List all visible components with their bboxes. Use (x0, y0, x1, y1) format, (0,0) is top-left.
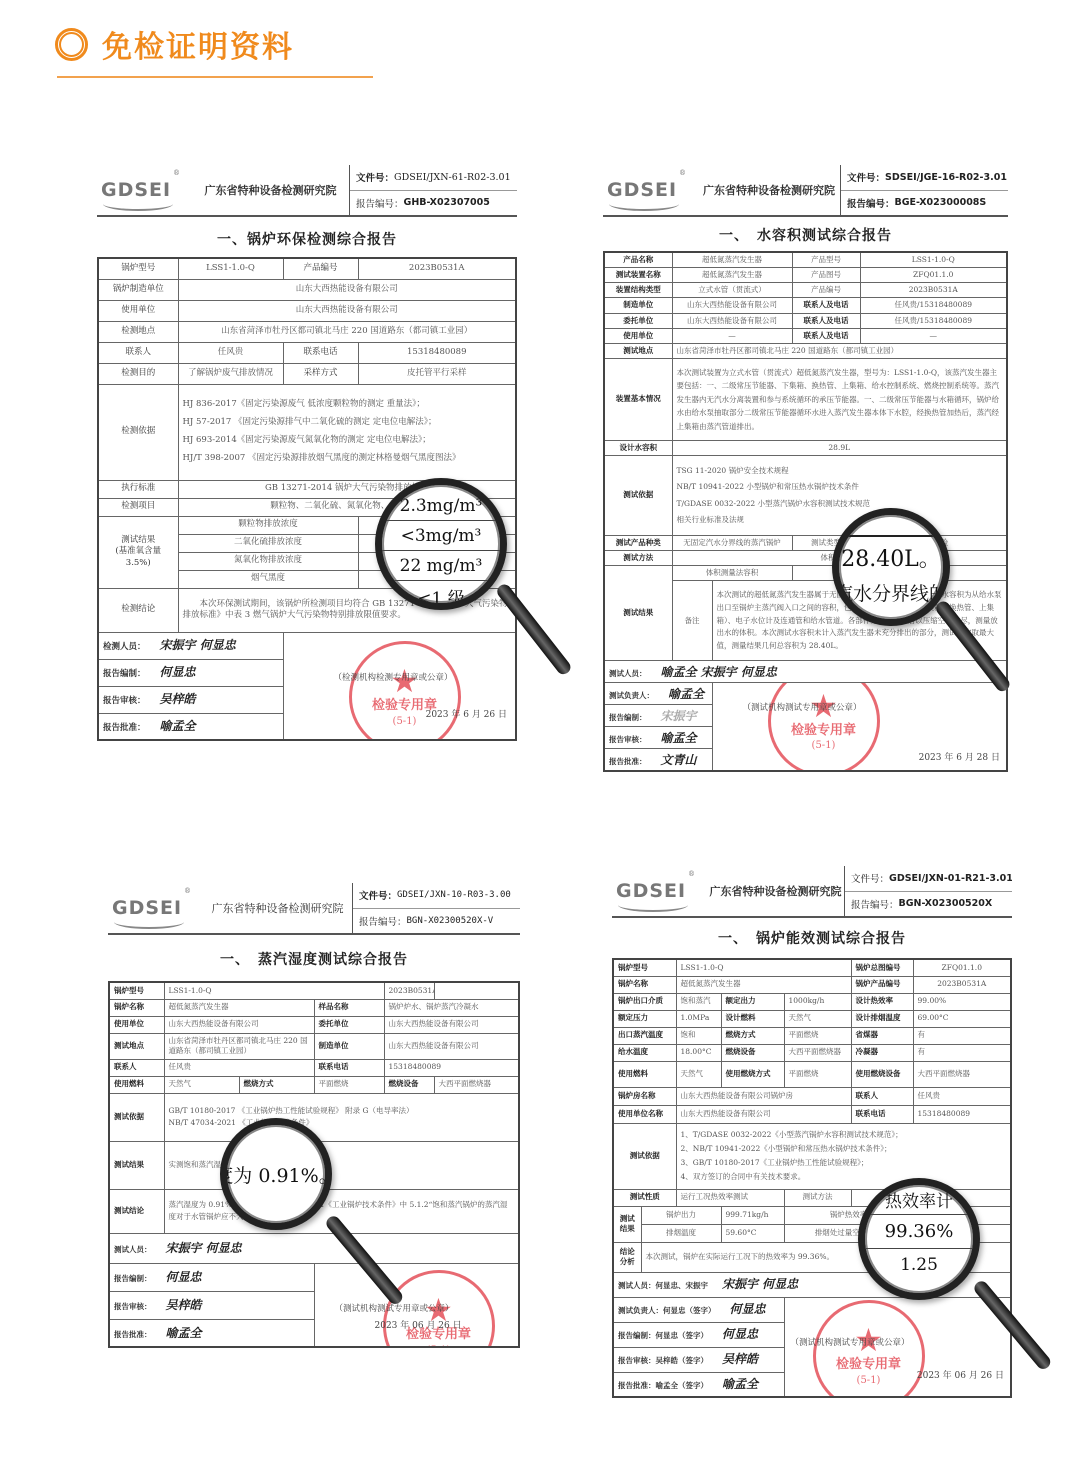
table-cell: 天然气 (784, 1010, 851, 1027)
stamp-area: ★检验专用章(5-1) （测试机构测试专用章或公章） 2023 年 6 月 28… (712, 683, 1007, 771)
table-cell: 报告审核：吴梓皓（签字）吴梓皓 (613, 1347, 784, 1372)
table-cell: 2023B0531A (860, 283, 1007, 298)
table-cell: 报告批准：喻孟全 (98, 713, 283, 740)
table-cell: LSS1-1.0-Q (860, 252, 1007, 268)
table-cell: 测试人员：宋振宇 何显忠 (109, 1233, 519, 1263)
report-title: 一、 蒸汽湿度测试综合报告 (108, 949, 520, 969)
table-row: 测试人员：宋振宇 何显忠 (109, 1233, 519, 1263)
table-cell: 装置结构类型 (604, 283, 672, 298)
table-row: 锅炉名称超低氮蒸汽发生器样品名称锅炉炉水、锅炉蒸汽冷凝水 (109, 999, 519, 1016)
table-cell: 山东大西热能设备有限公司 (672, 298, 792, 313)
table-cell: 天然气 (676, 1061, 721, 1087)
table-cell: 天然气 (164, 1076, 239, 1093)
table-cell: 1000kg/h (784, 993, 851, 1010)
table-row: 检测人员：宋振宇 何显忠 ★检验专用章(5-1) （检测机构检测专用章或公章） … (98, 632, 516, 659)
table-cell: 2023B0531A (384, 982, 434, 999)
table-cell: 1.0MPa (676, 1010, 721, 1027)
table-cell: 测试负责人：何显忠（签字）何显忠 (613, 1297, 784, 1322)
report-date: 2023 年 6 月 26 日 (426, 709, 507, 721)
table-cell: ZFQ01.1.0 (860, 268, 1007, 283)
table-cell: 锅炉炉水、锅炉蒸汽冷凝水 (384, 999, 519, 1016)
table-cell: 测试地点 (109, 1033, 164, 1059)
table-cell: 委托单位 (604, 313, 672, 328)
table-cell: 大西平面燃烧器 (913, 1061, 1011, 1087)
table-cell: 检测依据 (98, 384, 178, 480)
document-numbers: 文件号：GDSEI/JXN-10-R03-3.00 报告编号：BGN-X0230… (352, 883, 520, 933)
table-cell: 无固定汽水分界线的蒸汽锅炉 (672, 536, 792, 551)
header-underline (57, 76, 373, 78)
cell-text: HJ 693-2014《固定污染源废气氮氧化物的测定 定电位电解法》； (183, 432, 512, 450)
report-date: 2023 年 6 月 28 日 (919, 752, 1000, 764)
table-cell: 锅炉型号 (98, 258, 178, 279)
report-title: 一、锅炉环保检测综合报告 (97, 229, 517, 249)
report-date: 2023 年 06 月 26 日 (375, 1320, 462, 1332)
table-cell: 平面燃烧 (784, 1027, 851, 1044)
table-cell: 额定出力 (721, 993, 784, 1010)
stamp-area: ★检验专用章(5-1) （检测机构检测专用章或公章） 2023 年 6 月 26… (283, 632, 516, 740)
gdsei-logo: GDSEI ® (612, 866, 707, 916)
table-cell: 设计水容积 (604, 440, 672, 455)
file-number: GDSEI/JXN-61-R02-3.01 (394, 172, 511, 183)
table-cell: 山东省菏泽市牡丹区都司镇北马庄 220 国道路东（都司镇工业园） (178, 321, 516, 342)
table-cell: 联系人 (851, 1087, 913, 1105)
table-cell: 山东大西热能设备有限公司锅炉房 (676, 1087, 851, 1105)
signature: 何显忠 (722, 1327, 758, 1341)
report-water-volume: GDSEI ® 广东省特种设备检测研究院 文件号：SDSEI/JGE-16-R0… (603, 165, 1008, 765)
table-row: 检测依据 HJ 836-2017《固定污染源废气 低浓度颗粒物的测定 重量法》；… (98, 384, 516, 480)
cell-text: （测试机构测试专用章或公章） (335, 1304, 454, 1315)
file-number: SDSEI/JGE-16-R02-3.01 (885, 172, 1007, 183)
report-table: 锅炉型号LSS1-1.0-Q锅炉总图编号ZFQ01.1.0 锅炉名称超低氮蒸汽发… (612, 958, 1012, 1398)
cell-text: 测试负责人： (609, 691, 654, 700)
table-cell: 样品名称 (314, 999, 384, 1016)
table-row: 制造单位山东大西热能设备有限公司联系人及电话任风贵/15318480089 (604, 298, 1007, 313)
table-row: 测试依据 1、T/GDASE 0032-2022《小型蒸汽锅炉水容积测试技术规范… (613, 1123, 1011, 1189)
table-cell: 山东大西热能设备有限公司 (672, 313, 792, 328)
table-cell: 给水温度 (613, 1044, 676, 1061)
table-cell: 测试结果 (613, 1206, 641, 1242)
cell-text: HJ/T 398-2007 《固定污染源排放烟气黑度的测定林格曼烟气黑度图法》 (183, 450, 512, 468)
table-cell: 报告审核：吴梓皓 (98, 686, 283, 713)
table-cell: 使用单位 (604, 328, 672, 343)
institute-name: 广东省特种设备检测研究院 (698, 165, 840, 215)
table-cell: 测试地点 (604, 343, 672, 358)
table-cell: 联系电话 (283, 342, 358, 363)
table-cell: 大西平面燃烧器 (434, 1076, 519, 1093)
table-row: 委托单位山东大西热能设备有限公司联系人及电话任风贵/15318480089 (604, 313, 1007, 328)
report-steam-humidity: GDSEI ® 广东省特种设备检测研究院 文件号：GDSEI/JXN-10-R0… (108, 883, 520, 1363)
table-cell: 本次测试装置为立式水管（贯流式）超低氮蒸汽发生器，型号为：LSS1-1.0-Q，… (672, 358, 1007, 440)
table-cell: 报告编制：宋振宇 (604, 705, 712, 727)
table-row: 锅炉房名称山东大西热能设备有限公司锅炉房联系人任风贵 (613, 1087, 1011, 1105)
table-cell: 山东大西热能设备有限公司 (178, 279, 516, 300)
table-cell: 结论分析 (613, 1242, 641, 1272)
table-row: 锅炉型号LSS1-1.0-Q2023B0531A (109, 982, 519, 999)
table-cell: 28.9L (672, 440, 1007, 455)
table-cell: 测试依据 (109, 1093, 164, 1141)
report-energy-efficiency: GDSEI ® 广东省特种设备检测研究院 文件号：GDSEI/JXN-01-R2… (612, 866, 1012, 1421)
table-cell: 使用单位 (109, 1016, 164, 1033)
table-row: 额定压力1.0MPa设计燃料天然气设计排烟温度69.00°C (613, 1010, 1011, 1027)
table-cell: 产品图号 (792, 268, 860, 283)
table-cell: 锅炉名称 (613, 976, 676, 993)
table-cell: ZFQ01.1.0 (913, 959, 1011, 976)
table-cell: 冷凝器 (851, 1044, 913, 1061)
document-numbers: 文件号：GDSEI/JXN-61-R02-3.01 报告编号：GHB-X0230… (349, 165, 517, 215)
table-cell: 超低氮蒸汽发生器 (672, 268, 792, 283)
table-row: 测试负责人：何显忠（签字）何显忠 ★检验专用章(5-1) （测试机构测试专用章或… (613, 1297, 1011, 1322)
table-cell: 测试结果 (604, 566, 672, 661)
table-cell: 锅炉房名称 (613, 1087, 676, 1105)
table-cell: LSS1-1.0-Q (178, 258, 283, 279)
table-cell: HJ 836-2017《固定污染源废气 低浓度颗粒物的测定 重量法》；HJ 57… (178, 384, 516, 480)
table-cell: 山东大西热能设备有限公司 (384, 1033, 519, 1059)
table-row: 联系人任风贵联系电话15318480089 (109, 1059, 519, 1076)
signature: 宋振宇 何显忠 (160, 638, 236, 652)
cell-text: GB/T 10180-2017 《工业锅炉热工性能试验规程》 附录 G（电导率法… (169, 1105, 515, 1117)
table-cell: 报告审核：喻孟全 (604, 727, 712, 749)
report-number: GHB-X02307005 (404, 197, 490, 208)
cell-text: (5-1) (812, 739, 836, 753)
table-cell: 测试产品种类 (604, 536, 672, 551)
gdsei-logo: GDSEI ® (97, 165, 192, 215)
table-cell: 测试方法 (784, 1189, 851, 1206)
institute-name: 广东省特种设备检测研究院 (192, 165, 349, 215)
table-cell: 平面燃烧 (314, 1076, 384, 1093)
signature: 喻孟全 (661, 731, 697, 745)
inspection-stamp: ★检验专用章(5-1) (768, 683, 880, 771)
signature: 何显忠 (160, 665, 196, 679)
table-cell: 执行标准 (98, 480, 178, 498)
table-cell: 了解锅炉废气排放情况 (178, 363, 283, 384)
table-cell: 联系人及电话 (792, 313, 860, 328)
table-cell: 联系人及电话 (792, 328, 860, 343)
table-cell: 设计排烟温度 (851, 1010, 913, 1027)
table-cell: 皮托管平行采样 (358, 363, 516, 384)
cell-text: HJ 836-2017《固定污染源废气 低浓度颗粒物的测定 重量法》； (183, 396, 512, 414)
table-cell: 额定压力 (613, 1010, 676, 1027)
table-cell: 大西平面燃烧器 (784, 1044, 851, 1061)
cell-text: T/GDASE 0032-2022 小型蒸汽锅炉水容积测试技术规范 (677, 496, 1003, 513)
table-cell: 超低氮蒸汽发生器 (676, 976, 851, 993)
table-row: 装置结构类型立式水管（贯流式）产品编号2023B0531A (604, 283, 1007, 298)
cell-text: （测试机构测试专用章或公章） (791, 1338, 910, 1349)
table-cell: 锅炉名称 (109, 999, 164, 1016)
cell-text: 相关行业标准及法规 (677, 512, 1003, 529)
table-cell: 测试结论 (109, 1189, 164, 1233)
report-date: 2023 年 06 月 26 日 (917, 1370, 1004, 1382)
cell-text: 报告编制： (114, 1274, 152, 1283)
table-cell: 18.00°C (676, 1044, 721, 1061)
report-number: BGN-X02300520X (899, 898, 993, 909)
cell-text: 检测人员： (103, 642, 146, 652)
gdsei-logo: GDSEI ® (108, 883, 203, 933)
signature: 喻孟全 (668, 687, 704, 701)
page-header: 免检证明资料 (55, 22, 294, 66)
table-row: 报告编制：何显忠 ★检验专用章(5-1) （测试机构测试专用章或公章） 2023… (109, 1263, 519, 1291)
table-cell: 15318480089 (384, 1059, 519, 1076)
table-cell: 99.00% (913, 993, 1011, 1010)
table-cell: 燃烧设备 (384, 1076, 434, 1093)
table-cell: 检测目的 (98, 363, 178, 384)
signature: 喻孟全 (160, 719, 196, 733)
table-row: 测试地点山东省菏泽市牡丹区都司镇北马庄 220 国道路东（都司镇工业园）制造单位… (109, 1033, 519, 1059)
table-cell: 立式水管（贯流式） (672, 283, 792, 298)
table-row: 使用燃料天然气燃烧方式平面燃烧燃烧设备大西平面燃烧器 (109, 1076, 519, 1093)
report-number: BGN-X02300520X-V (407, 916, 494, 926)
table-cell: 2023B0531A (358, 258, 516, 279)
cell-text: HJ 57-2017 《固定污染源排气中二氧化硫的测定 定电位电解法》； (183, 414, 512, 432)
cell-text: NB/T 47034-2021 《工业锅炉技术条件》 (169, 1117, 515, 1129)
table-row: 出口蒸汽温度饱和燃烧方式平面燃烧省煤器有 (613, 1027, 1011, 1044)
table-cell: LSS1-1.0-Q (676, 959, 851, 976)
report-environmental: GDSEI ® 广东省特种设备检测研究院 文件号：GDSEI/JXN-61-R0… (97, 165, 517, 760)
table-row: 使用燃料天然气使用燃烧方式平面燃烧使用燃烧设备大西平面燃烧器 (613, 1061, 1011, 1087)
table-cell: 山东大西热能设备有限公司 (384, 1016, 519, 1033)
cell-text: 测试负责人：何显忠（签字） (618, 1306, 716, 1315)
table-cell: 产品编号 (792, 283, 860, 298)
cell-text: 报告编制：何显忠（签字） (618, 1331, 708, 1340)
inspection-stamp: ★检验专用章(5-1) (349, 641, 461, 741)
signature: 喻孟全 (722, 1377, 758, 1391)
table-row: 测试人员：喻孟全 宋振宇 何显忠 (604, 661, 1007, 683)
cell-text: 报告审核：吴梓皓（签字） (618, 1356, 708, 1365)
table-cell: 锅炉制造单位 (98, 279, 178, 300)
table-cell: 测试依据 (613, 1123, 676, 1189)
table-cell: LSS1-1.0-Q (164, 982, 384, 999)
cell-text: 报告编制： (103, 669, 146, 679)
table-cell: — (860, 328, 1007, 343)
table-row: 给水温度18.00°C燃烧设备大西平面燃烧器冷凝器有 (613, 1044, 1011, 1061)
table-cell: 锅炉型号 (613, 959, 676, 976)
cell-text: 测试人员： (114, 1245, 152, 1254)
cell-text: 报告批准： (609, 757, 647, 766)
table-cell: 山东大西热能设备有限公司 (178, 300, 516, 321)
table-cell: 联系人及电话 (792, 298, 860, 313)
page-title: 免检证明资料 (102, 22, 294, 66)
table-row: 使用单位名称山东大西热能设备有限公司联系电话15318480089 (613, 1105, 1011, 1123)
table-cell: 使用燃烧方式 (721, 1061, 784, 1087)
table-row: 测试地点山东省菏泽市牡丹区都司镇北马庄 220 国道路东（都司镇工业园） (604, 343, 1007, 358)
table-cell: 使用燃烧设备 (851, 1061, 913, 1087)
table-cell: 测试装置名称 (604, 268, 672, 283)
table-cell: 使用燃料 (613, 1061, 676, 1087)
cell-text: 2、NB/T 10941-2022《小型锅炉和常压热水锅炉技术条件》； (681, 1142, 1007, 1156)
table-row: 使用单位山东大西热能设备有限公司委托单位山东大西热能设备有限公司 (109, 1016, 519, 1033)
table-cell: 测试性质 (613, 1189, 676, 1206)
cell-text: 检验专用章 (836, 1356, 901, 1374)
table-cell: 任风贵 (164, 1059, 314, 1076)
cell-text: TSG 11-2020 锅炉安全技术规程 (677, 463, 1003, 480)
cell-text: 4、双方签订的合同中有关技术要求。 (681, 1170, 1007, 1184)
document-numbers: 文件号：GDSEI/JXN-01-R21-3.01 报告编号：BGN-X0230… (844, 866, 1012, 916)
cell-text: 检验专用章 (791, 722, 856, 740)
table-cell: 锅炉产品编号 (851, 976, 913, 993)
table-cell: 设计燃料 (721, 1010, 784, 1027)
table-row: 产品名称超低氮蒸汽发生器产品型号LSS1-1.0-Q (604, 252, 1007, 268)
table-row: 测试依据 TSG 11-2020 锅炉安全技术规程NB/T 10941-2022… (604, 456, 1007, 536)
table-cell: 2023B0531A (913, 976, 1011, 993)
table-cell: 备注 (672, 581, 712, 661)
cell-text: 测试人员：何显忠、宋振宇 (618, 1281, 708, 1290)
table-cell: 测试结果 (109, 1141, 164, 1189)
cell-text: 3、GB/T 10180-2017《工业锅炉热工性能试验规程》； (681, 1156, 1007, 1170)
table-cell: 有 (913, 1027, 1011, 1044)
cell-text: (5-1) (393, 715, 417, 729)
table-cell: 有 (913, 1044, 1011, 1061)
cell-text: 测试人员： (609, 669, 647, 678)
table-cell: 联系电话 (851, 1105, 913, 1123)
table-cell: 排烟温度 (641, 1224, 721, 1242)
table-cell: 产品型号 (792, 252, 860, 268)
table-cell: 报告编制：何显忠 (109, 1263, 314, 1291)
table-cell: 燃烧设备 (721, 1044, 784, 1061)
table-cell: 报告编制：何显忠（签字）何显忠 (613, 1322, 784, 1347)
table-cell: 出口蒸汽温度 (613, 1027, 676, 1044)
table-cell: 超低氮蒸汽发生器 (672, 252, 792, 268)
table-cell: 测试人员：喻孟全 宋振宇 何显忠 (604, 661, 1007, 683)
table-cell: 联系电话 (314, 1059, 384, 1076)
table-cell: 任风贵/15318480089 (860, 298, 1007, 313)
table-cell: 颗粒物排放浓度 (178, 516, 358, 534)
cell-text: 报告审核： (103, 696, 146, 706)
table-cell: 运行工况热效率测试 (676, 1189, 784, 1206)
table-row: 测试负责人：喻孟全 ★检验专用章(5-1) （测试机构测试专用章或公章） 202… (604, 683, 1007, 705)
table-cell: 锅炉出口介质 (613, 993, 676, 1010)
table-cell: 饱和 (676, 1027, 721, 1044)
table-cell: 999.71kg/h (721, 1206, 784, 1224)
signature: 喻孟全 (166, 1326, 202, 1340)
cell-text: （测试机构测试专用章或公章） (743, 703, 862, 714)
table-cell: 实测饱和蒸汽湿度为 0.91%。 (164, 1141, 519, 1189)
table-cell: 平面燃烧 (784, 1061, 851, 1087)
table-cell: 饱和蒸汽 (676, 993, 721, 1010)
table-row: 检测地点山东省菏泽市牡丹区都司镇北马庄 220 国道路东（都司镇工业园） (98, 321, 516, 342)
table-row: 锅炉型号LSS1-1.0-Q锅炉总图编号ZFQ01.1.0 (613, 959, 1011, 976)
table-cell: 使用燃料 (109, 1076, 164, 1093)
table-cell: 报告批准：喻孟全 (109, 1319, 314, 1347)
table-cell: 锅炉出力 (641, 1206, 721, 1224)
table-cell: 烟气黑度 (178, 570, 358, 588)
institute-name: 广东省特种设备检测研究院 (707, 866, 844, 916)
table-cell: 1、T/GDASE 0032-2022《小型蒸汽锅炉水容积测试技术规范》；2、N… (676, 1123, 1011, 1189)
table-cell: 山东省菏泽市牡丹区都司镇北马庄 220 国道路东（都司镇工业园） (672, 343, 1007, 358)
report-title: 一、 水容积测试综合报告 (603, 225, 1008, 245)
table-cell: 测试结果(基准氧含量 3.5%) (98, 516, 178, 588)
table-cell: 报告批准：喻孟全（签字）喻孟全 (613, 1372, 784, 1397)
table-cell: 产品编号 (283, 258, 358, 279)
table-cell: 测试依据 (604, 456, 672, 536)
gdsei-logo: GDSEI ® (603, 165, 698, 215)
signature: 宋振宇 何显忠 (722, 1277, 798, 1291)
file-number: GDSEI/JXN-01-R21-3.01 (889, 873, 1012, 884)
signature: 吴梓皓 (160, 692, 196, 706)
table-cell: 任风贵 (178, 342, 283, 363)
table-cell: 超低氮蒸汽发生器 (164, 999, 314, 1016)
report-number: BGE-X02300008S (895, 197, 987, 208)
table-cell: 山东省菏泽市牡丹区都司镇北马庄 220 国道路东（都司镇工业园） (164, 1033, 314, 1059)
signature: 宋振宇 (661, 709, 697, 723)
table-cell: 69.00°C (913, 1010, 1011, 1027)
report-table: 产品名称超低氮蒸汽发生器产品型号LSS1-1.0-Q 测试装置名称超低氮蒸汽发生… (603, 251, 1008, 772)
table-row: 锅炉出口介质饱和蒸汽额定出力1000kg/h设计热效率99.00% (613, 993, 1011, 1010)
signature: 宋振宇 何显忠 (166, 1241, 242, 1255)
table-cell: 二氧化硫排放浓度 (178, 534, 358, 552)
table-cell: 联系人 (98, 342, 178, 363)
cell-text: 报告编制： (609, 713, 647, 722)
table-cell: 测试负责人：喻孟全 (604, 683, 712, 705)
file-number: GDSEI/JXN-10-R03-3.00 (397, 890, 511, 900)
table-cell: 检测人员：宋振宇 何显忠 (98, 632, 283, 659)
table-cell: 制造单位 (604, 298, 672, 313)
report-header: GDSEI ® 广东省特种设备检测研究院 文件号：GDSEI/JXN-10-R0… (108, 883, 520, 935)
table-cell: 采样方式 (283, 363, 358, 384)
report-header: GDSEI ® 广东省特种设备检测研究院 文件号：GDSEI/JXN-61-R0… (97, 165, 517, 217)
table-row: 使用单位山东大西热能设备有限公司 (98, 300, 516, 321)
table-cell: 联系人 (109, 1059, 164, 1076)
cell-text: 测试结果 (103, 535, 174, 546)
institute-name: 广东省特种设备检测研究院 (203, 883, 352, 933)
document-numbers: 文件号：SDSEI/JGE-16-R02-3.01 报告编号：BGE-X0230… (840, 165, 1008, 215)
signature: 吴梓皓 (166, 1298, 202, 1312)
cell-text: 1、T/GDASE 0032-2022《小型蒸汽锅炉水容积测试技术规范》； (681, 1128, 1007, 1142)
report-header: GDSEI ® 广东省特种设备检测研究院 文件号：GDSEI/JXN-01-R2… (612, 866, 1012, 918)
table-cell: 59.60°C (721, 1224, 784, 1242)
table-cell: 使用单位 (98, 300, 178, 321)
table-cell: 15318480089 (358, 342, 516, 363)
table-cell: 装置基本情况 (604, 358, 672, 440)
signature: 吴梓皓 (722, 1352, 758, 1366)
table-cell: 任风贵/15318480089 (860, 313, 1007, 328)
table-cell: 报告编制：何显忠 (98, 659, 283, 686)
table-row: 使用单位—联系人及电话— (604, 328, 1007, 343)
table-cell: 山东大西热能设备有限公司 (676, 1105, 851, 1123)
table-cell: GB/T 10180-2017 《工业锅炉热工性能试验规程》 附录 G（电导率法… (164, 1093, 519, 1141)
table-cell: — (672, 328, 792, 343)
table-cell: 任风贵 (913, 1087, 1011, 1105)
cell-text: (5-1) (857, 1374, 881, 1388)
table-cell: 山东大西热能设备有限公司 (164, 1016, 314, 1033)
table-cell: TSG 11-2020 锅炉安全技术规程NB/T 10941-2022 小型锅炉… (672, 456, 1007, 536)
signature: 何显忠 (730, 1302, 766, 1316)
circle-bullet-icon (55, 28, 88, 61)
table-cell: 体积测量法容积 (672, 566, 792, 581)
cell-text: 报告批准：喻孟全（签字） (618, 1381, 708, 1390)
table-cell: 燃烧方式 (239, 1076, 314, 1093)
table-cell: 测试方法 (604, 551, 672, 566)
table-row: 锅炉制造单位山东大西热能设备有限公司 (98, 279, 516, 300)
table-cell: 省煤器 (851, 1027, 913, 1044)
signature: 文青山 (661, 753, 697, 767)
table-cell: 报告审核：吴梓皓 (109, 1291, 314, 1319)
cell-text: 报告审核： (609, 735, 647, 744)
table-cell: 15318480089 (913, 1105, 1011, 1123)
table-cell: 设计热效率 (851, 993, 913, 1010)
cell-text: （检测机构检测专用章或公章） (334, 673, 453, 684)
table-row: 锅炉名称超低氮蒸汽发生器锅炉产品编号2023B0531A (613, 976, 1011, 993)
table-cell: 燃烧方式 (721, 1027, 784, 1044)
table-cell: 产品名称 (604, 252, 672, 268)
table-cell: 报告批准：文青山 (604, 749, 712, 771)
table-cell: 委托单位 (314, 1016, 384, 1033)
table-row: 测试装置名称超低氮蒸汽发生器产品图号ZFQ01.1.0 (604, 268, 1007, 283)
table-cell: 检测项目 (98, 498, 178, 516)
signature: 喻孟全 宋振宇 何显忠 (661, 665, 777, 679)
signature: 何显忠 (166, 1270, 202, 1284)
cell-text: (5-1) (427, 1344, 451, 1347)
cell-text: NB/T 10941-2022 小型锅炉和常压热水锅炉技术条件 (677, 479, 1003, 496)
table-row: 检测目的了解锅炉废气排放情况采样方式皮托管平行采样 (98, 363, 516, 384)
